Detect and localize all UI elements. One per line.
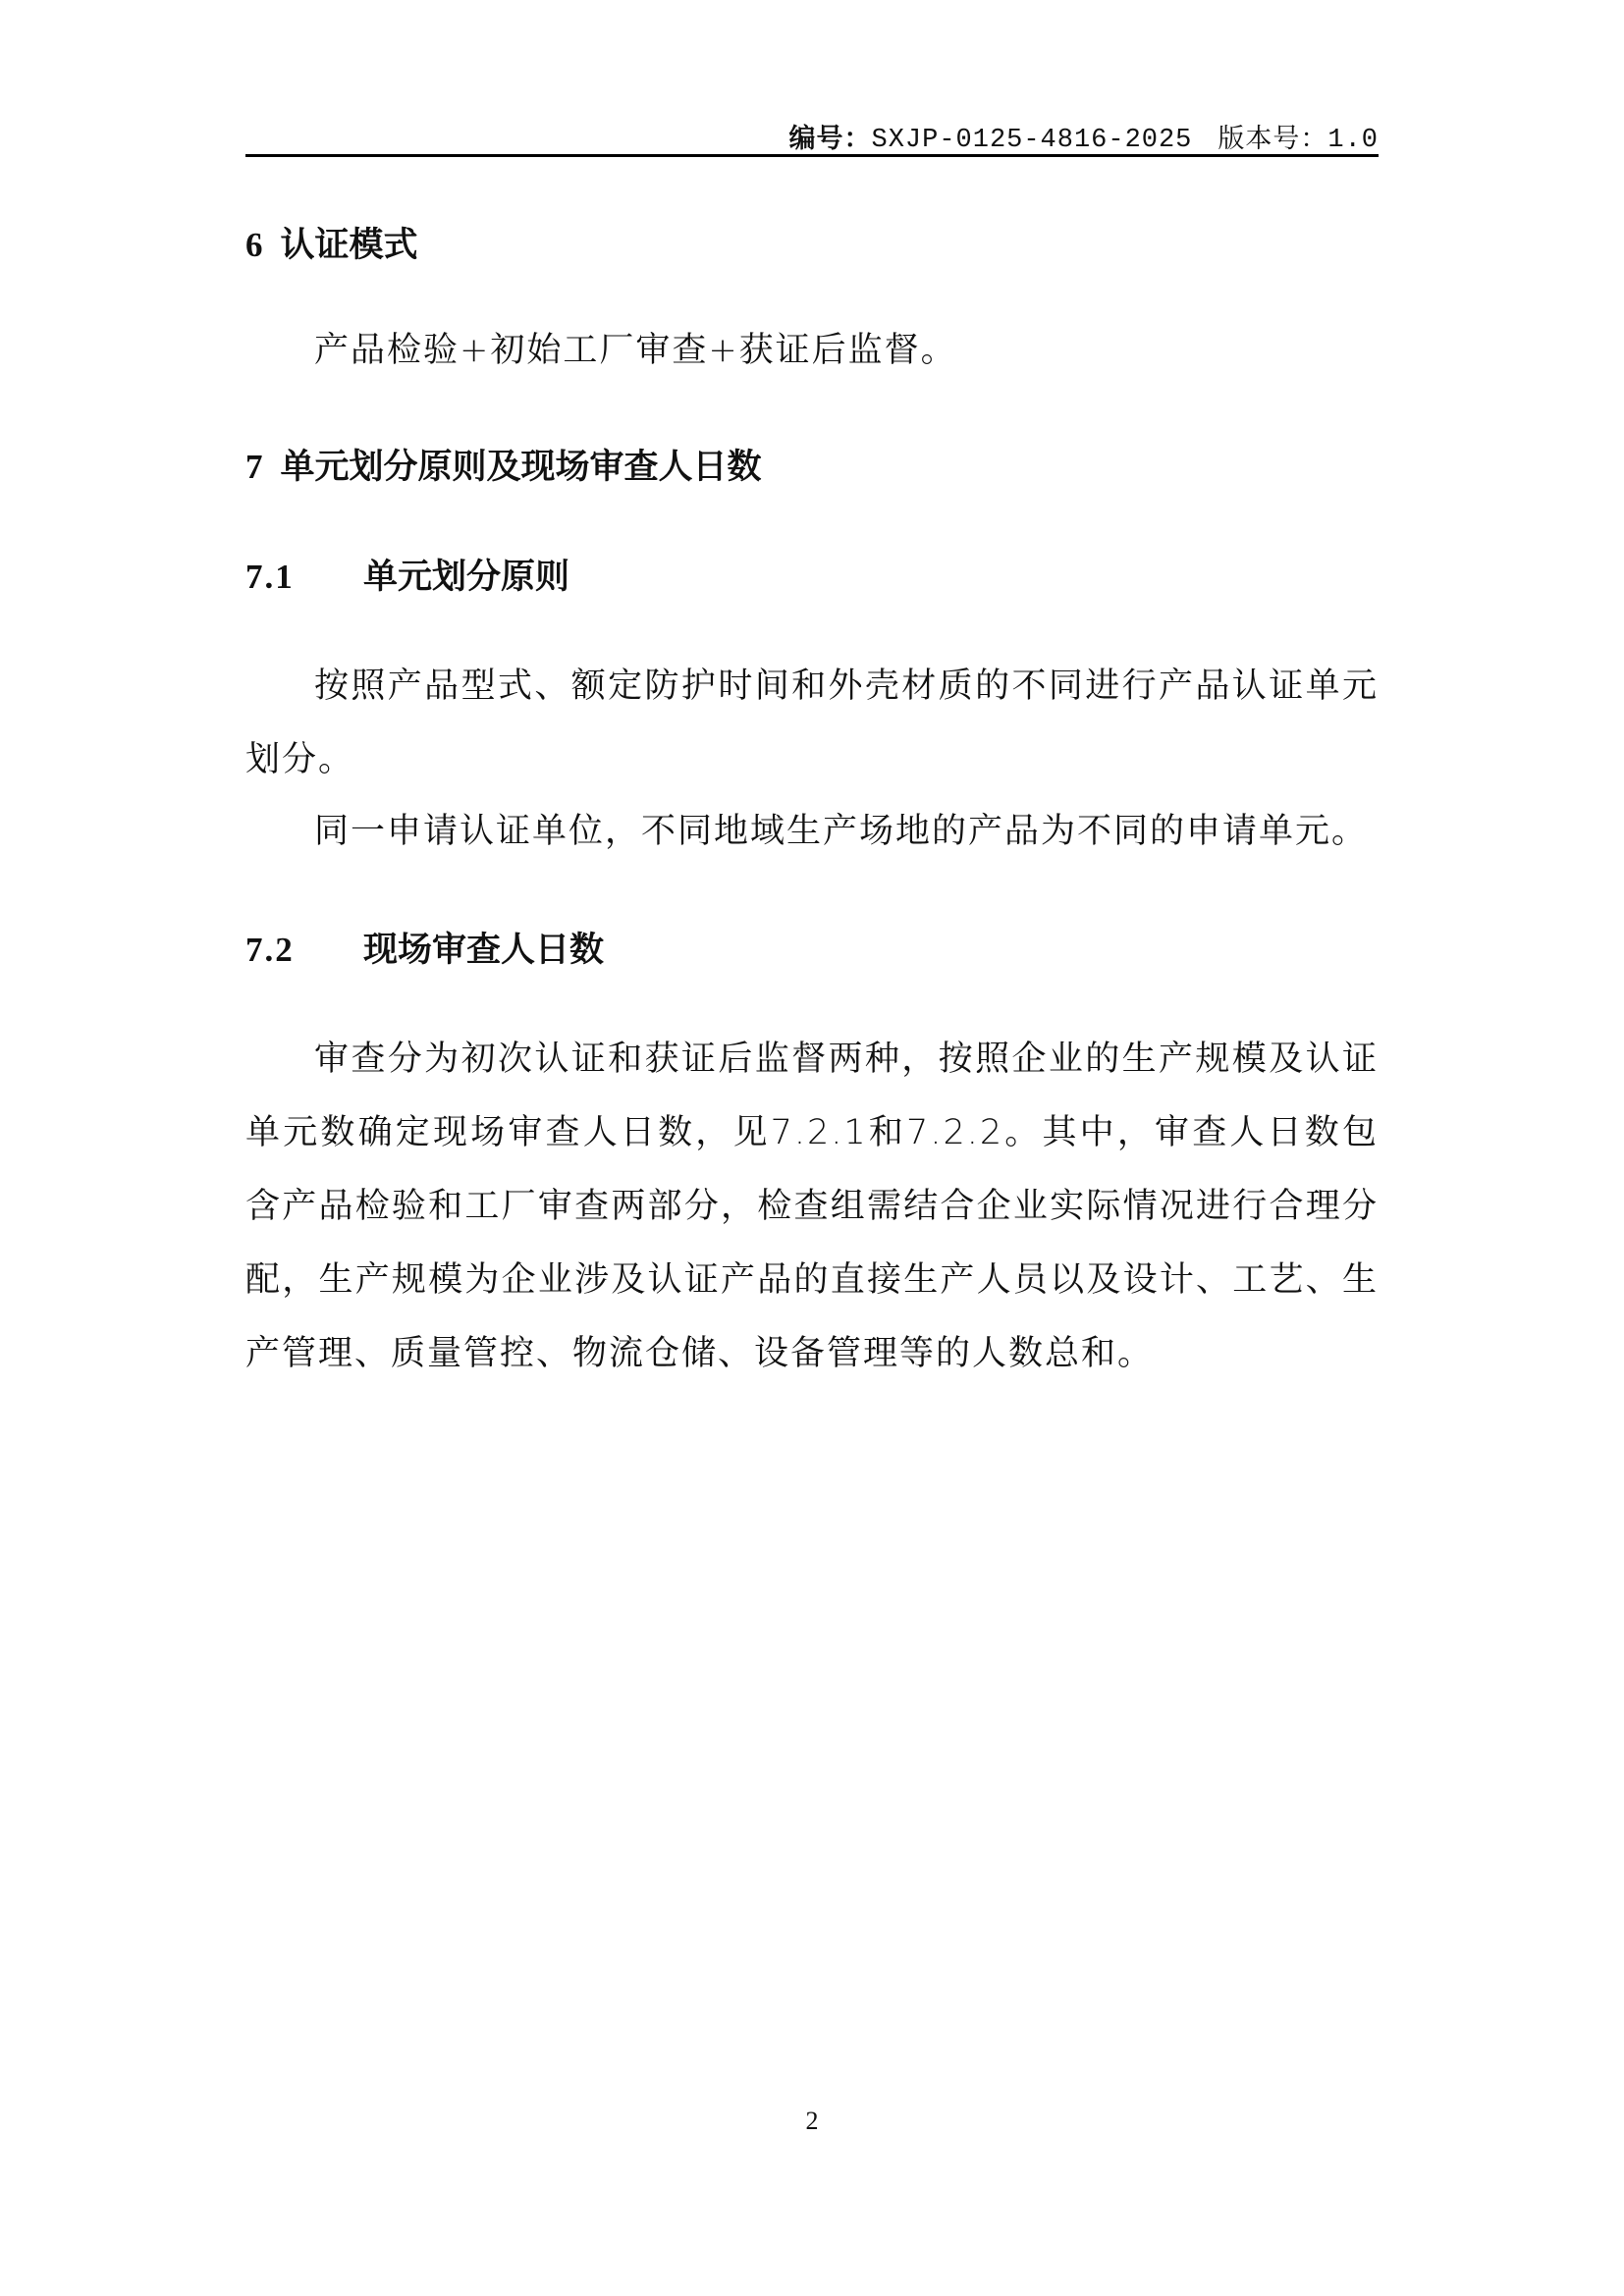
subsection-7-2-heading: 7.2现场审查人日数 [245,923,604,972]
subsection-title: 现场审查人日数 [363,931,604,970]
page-header: 编号： SXJP-0125-4816-2025 版本号： 1.0 [245,116,1379,155]
page-number: 2 [0,2107,1624,2136]
doc-code-label: 编号： [789,117,872,155]
version-value: 1.0 [1327,126,1379,155]
document-page: 编号： SXJP-0125-4816-2025 版本号： 1.0 6认证模式 产… [0,0,1624,2296]
doc-code-value: SXJP-0125-4816-2025 [872,126,1193,155]
section-title: 认证模式 [281,226,418,265]
subsection-7-2-paragraph: 审查分为初次认证和获证后监督两种，按照企业的生产规模及认证单元数确定现场审查人日… [245,1023,1379,1391]
section-title: 单元划分原则及现场审查人日数 [281,448,762,487]
subsection-7-1-heading: 7.1单元划分原则 [245,550,569,599]
version-label: 版本号： [1218,117,1327,155]
subsection-number: 7.2 [245,931,363,970]
header-rule [245,154,1379,157]
subsection-7-1-paragraph-1: 按照产品型式、额定防护时间和外壳材质的不同进行产品认证单元划分。 [245,650,1379,797]
subsection-title: 单元划分原则 [363,558,569,597]
section-6-heading: 6认证模式 [245,218,418,267]
subsection-7-1-paragraph-2: 同一申请认证单位，不同地域生产场地的产品为不同的申请单元。 [245,795,1379,869]
section-6-paragraph: 产品检验+初始工厂审查+获证后监督。 [245,314,1379,388]
section-number: 6 [245,226,263,264]
section-7-heading: 7单元划分原则及现场审查人日数 [245,440,762,489]
section-number: 7 [245,448,263,486]
subsection-number: 7.1 [245,558,363,597]
